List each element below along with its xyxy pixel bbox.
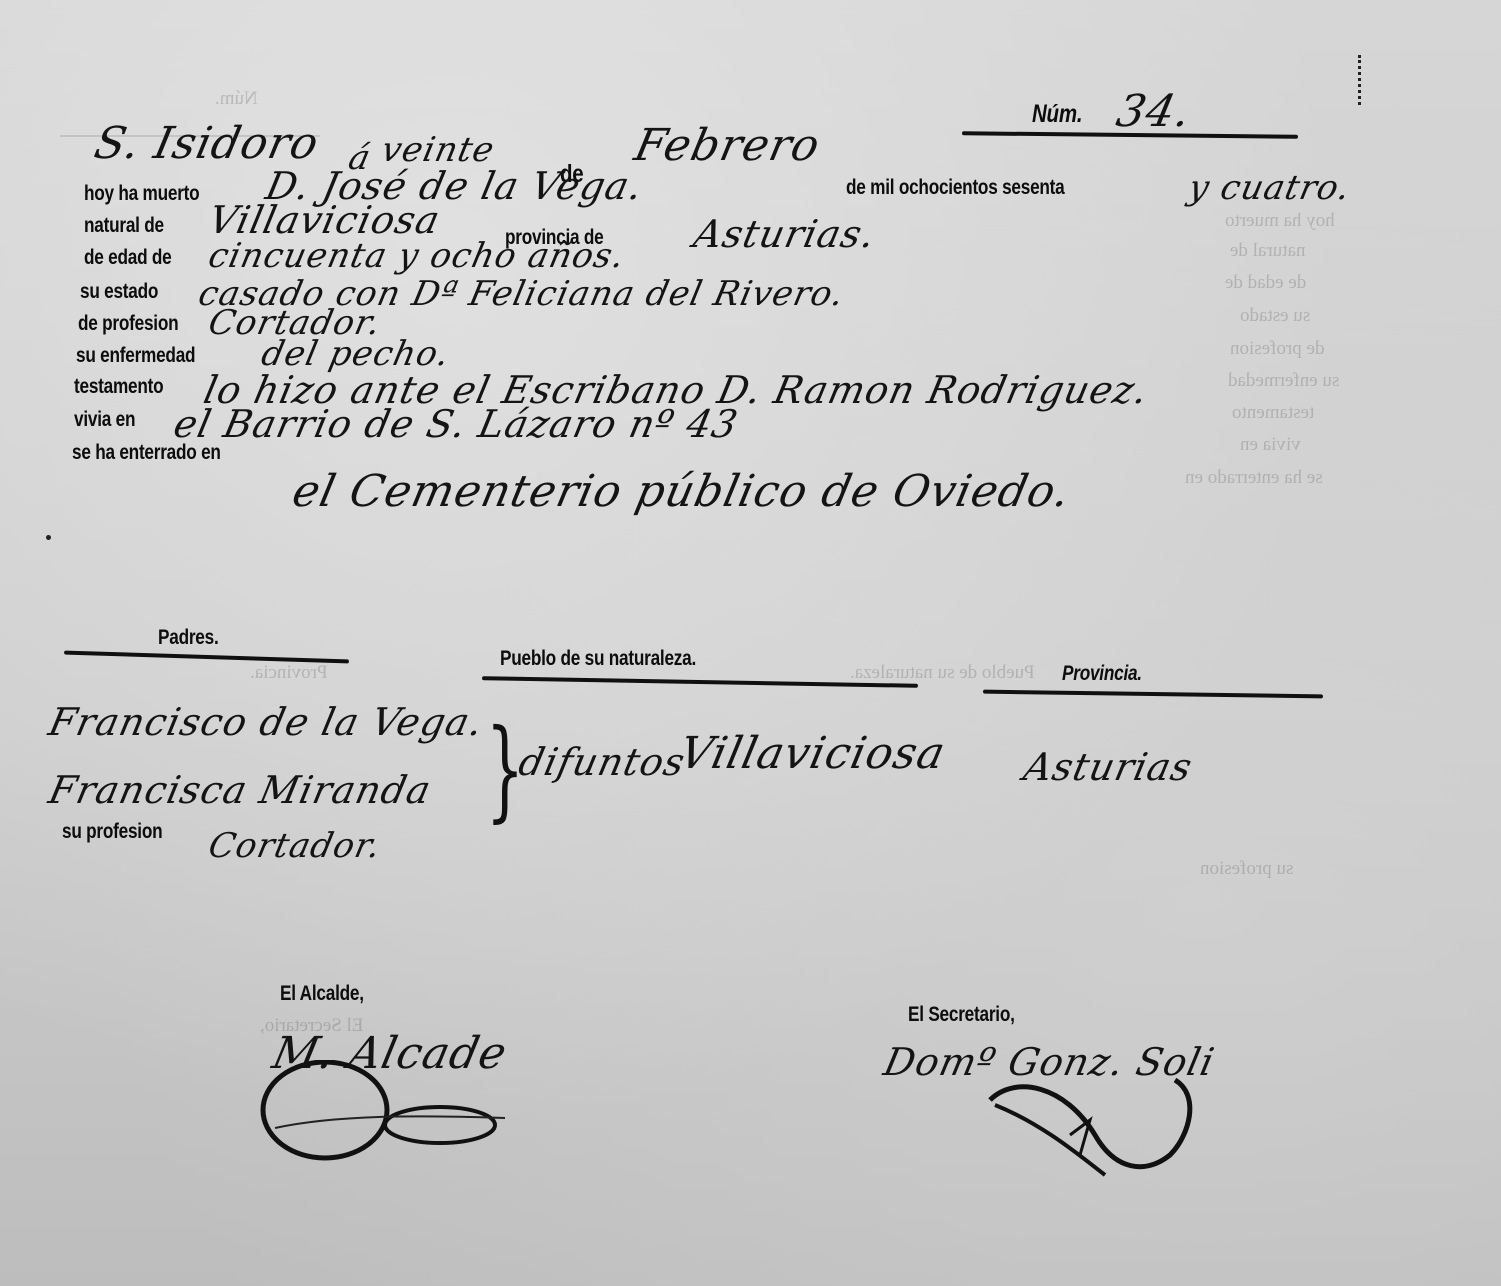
parents-profession-label: su profesion xyxy=(62,820,162,844)
mayor-label: El Alcalde, xyxy=(280,982,364,1006)
number-label: Núm. xyxy=(1032,100,1082,129)
ghost-label: vivia en xyxy=(1240,434,1301,456)
ghost-label: de profesion xyxy=(1230,338,1324,360)
register-page: Núm. hoy ha muerto natural de de edad de… xyxy=(0,0,1501,1286)
year-printed: de mil ochocientos sesenta xyxy=(846,176,1064,200)
parents-province: Asturias xyxy=(1020,745,1197,789)
label-age: de edad de xyxy=(84,246,171,270)
ghost-label: se ha enterrado en xyxy=(1185,467,1323,489)
label-birthplace: natural de xyxy=(84,214,164,238)
value-residence: el Barrio de S. Lázaro nº 43 xyxy=(170,402,742,446)
label-deceased: hoy ha muerto xyxy=(84,182,199,206)
hometown-header: Pueblo de su naturaleza. xyxy=(500,647,696,671)
value-age: cincuenta y ocho años. xyxy=(205,236,629,276)
month-value: Febrero xyxy=(630,120,825,171)
parents-header-rule xyxy=(64,651,349,664)
ghost-label: su estado xyxy=(1240,305,1310,327)
ghost-label: natural de xyxy=(1230,240,1305,262)
ghost-profession-label: su profesion xyxy=(1200,858,1293,880)
place-name: S. Isidoro xyxy=(90,118,324,169)
ghost-parents-header: Provincia. xyxy=(250,662,328,684)
label-residence: vivia en xyxy=(74,408,135,432)
mayor-flourish-icon xyxy=(255,1060,515,1170)
margin-mark xyxy=(1358,55,1365,105)
parents-hometown: Villaviciosa xyxy=(675,728,950,779)
ghost-number-label: Núm. xyxy=(215,88,258,110)
value-province: Asturias. xyxy=(690,212,880,256)
father-name: Francisco de la Vega. xyxy=(45,700,487,744)
ghost-label: hoy ha muerto xyxy=(1225,210,1335,232)
number-underline xyxy=(962,131,1298,139)
label-profession: de profesion xyxy=(78,312,178,336)
number-value: 34. xyxy=(1112,86,1196,137)
province-header: Provincia. xyxy=(1062,662,1142,686)
ghost-hometown-header: Pueblo de su naturaleza. xyxy=(850,662,1035,684)
secretary-flourish-icon xyxy=(975,1075,1215,1185)
mother-name: Francisca Miranda xyxy=(45,768,435,812)
province-header-rule xyxy=(983,690,1323,699)
year-handwritten: y cuatro. xyxy=(1185,168,1354,208)
label-illness: su enfermedad xyxy=(76,344,195,368)
value-burial: el Cementerio público de Oviedo. xyxy=(288,466,1075,517)
ink-spot xyxy=(46,535,51,540)
ghost-label: su enfermedad xyxy=(1228,370,1339,392)
label-civil-status: su estado xyxy=(80,280,158,304)
ghost-label: de edad de xyxy=(1225,272,1306,294)
secretary-label: El Secretario, xyxy=(908,1003,1015,1027)
ghost-label: testamento xyxy=(1232,402,1314,424)
parents-profession-value: Cortador. xyxy=(205,826,385,866)
parents-header: Padres. xyxy=(158,626,219,650)
parents-status: difuntos xyxy=(515,740,689,784)
label-will: testamento xyxy=(74,375,163,399)
